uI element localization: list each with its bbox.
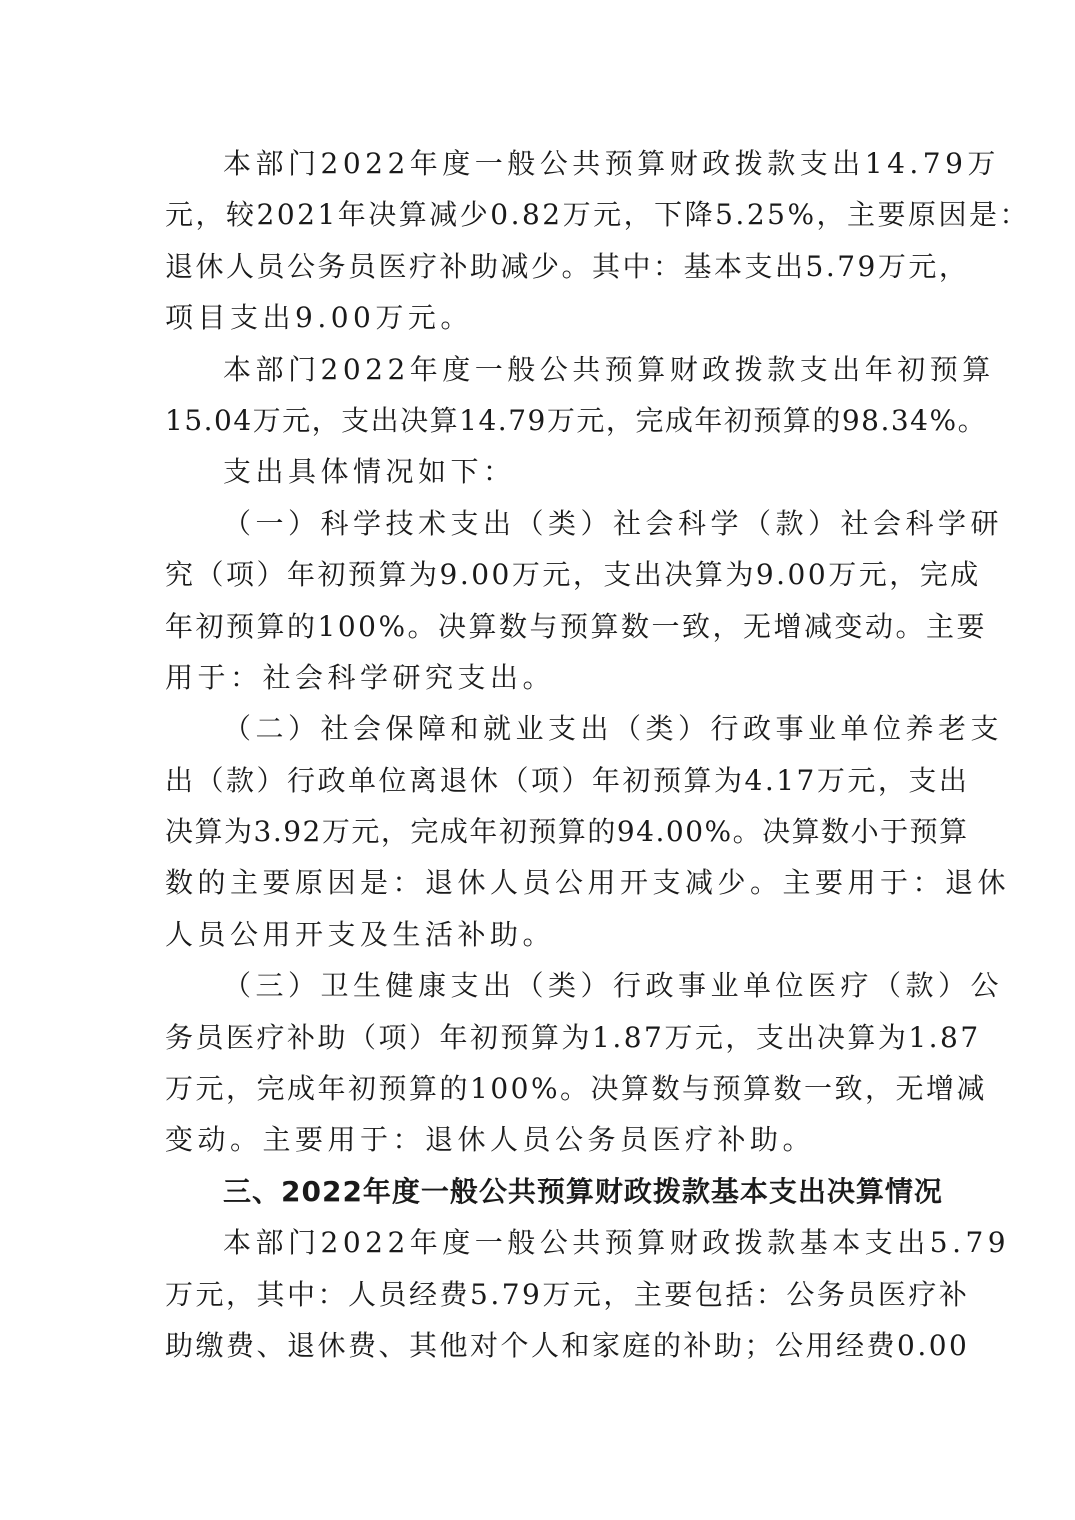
paragraph-details-intro: 支出具体情况如下： xyxy=(165,446,915,497)
text-line: （二）社会保障和就业支出（类）行政事业单位养老支 xyxy=(165,703,915,754)
text-line: 15.04万元，支出决算14.79万元，完成年初预算的98.34%。 xyxy=(165,395,915,446)
text-line: 万元，完成年初预算的100%。决算数与预算数一致，无增减 xyxy=(165,1063,915,1114)
paragraph-budget-completion: 本部门2022年度一般公共预算财政拨款支出年初预算 15.04万元，支出决算14… xyxy=(165,344,915,447)
text-line: 元，较2021年决算减少0.82万元，下降5.25%，主要原因是： xyxy=(165,189,915,240)
text-line: 究（项）年初预算为9.00万元，支出决算为9.00万元，完成 xyxy=(165,549,915,600)
text-line: 出（款）行政单位离退休（项）年初预算为4.17万元，支出 xyxy=(165,755,915,806)
text-line: （三）卫生健康支出（类）行政事业单位医疗（款）公 xyxy=(165,960,915,1011)
text-line: 务员医疗补助（项）年初预算为1.87万元，支出决算为1.87 xyxy=(165,1012,915,1063)
text-line: 决算为3.92万元，完成年初预算的94.00%。决算数小于预算 xyxy=(165,806,915,857)
text-line: 支出具体情况如下： xyxy=(165,446,915,497)
paragraph-total-expenditure: 本部门2022年度一般公共预算财政拨款支出14.79万 元，较2021年决算减少… xyxy=(165,138,915,344)
text-line: 本部门2022年度一般公共预算财政拨款支出14.79万 xyxy=(165,138,915,189)
paragraph-item-health: （三）卫生健康支出（类）行政事业单位医疗（款）公 务员医疗补助（项）年初预算为1… xyxy=(165,960,915,1166)
text-line: 退休人员公务员医疗补助减少。其中：基本支出5.79万元， xyxy=(165,241,915,292)
text-line: 年初预算的100%。决算数与预算数一致，无增减变动。主要 xyxy=(165,601,915,652)
document-page: 本部门2022年度一般公共预算财政拨款支出14.79万 元，较2021年决算减少… xyxy=(165,138,915,1371)
text-line: 万元，其中：人员经费5.79万元，主要包括：公务员医疗补 xyxy=(165,1269,915,1320)
text-line: 项目支出9.00万元。 xyxy=(165,292,915,343)
text-line: 本部门2022年度一般公共预算财政拨款支出年初预算 xyxy=(165,344,915,395)
text-line: 助缴费、退休费、其他对个人和家庭的补助；公用经费0.00 xyxy=(165,1320,915,1371)
text-line: （一）科学技术支出（类）社会科学（款）社会科学研 xyxy=(165,498,915,549)
paragraph-item-social-security: （二）社会保障和就业支出（类）行政事业单位养老支 出（款）行政单位离退休（项）年… xyxy=(165,703,915,960)
paragraph-basic-expenditure: 本部门2022年度一般公共预算财政拨款基本支出5.79 万元，其中：人员经费5.… xyxy=(165,1217,915,1371)
text-line: 本部门2022年度一般公共预算财政拨款基本支出5.79 xyxy=(165,1217,915,1268)
text-line: 变动。主要用于：退休人员公务员医疗补助。 xyxy=(165,1114,915,1165)
text-line: 用于：社会科学研究支出。 xyxy=(165,652,915,703)
text-line: 人员公用开支及生活补助。 xyxy=(165,909,915,960)
paragraph-item-science-tech: （一）科学技术支出（类）社会科学（款）社会科学研 究（项）年初预算为9.00万元… xyxy=(165,498,915,704)
section-heading: 三、2022年度一般公共预算财政拨款基本支出决算情况 xyxy=(165,1166,915,1217)
text-line: 数的主要原因是：退休人员公用开支减少。主要用于：退休 xyxy=(165,857,915,908)
